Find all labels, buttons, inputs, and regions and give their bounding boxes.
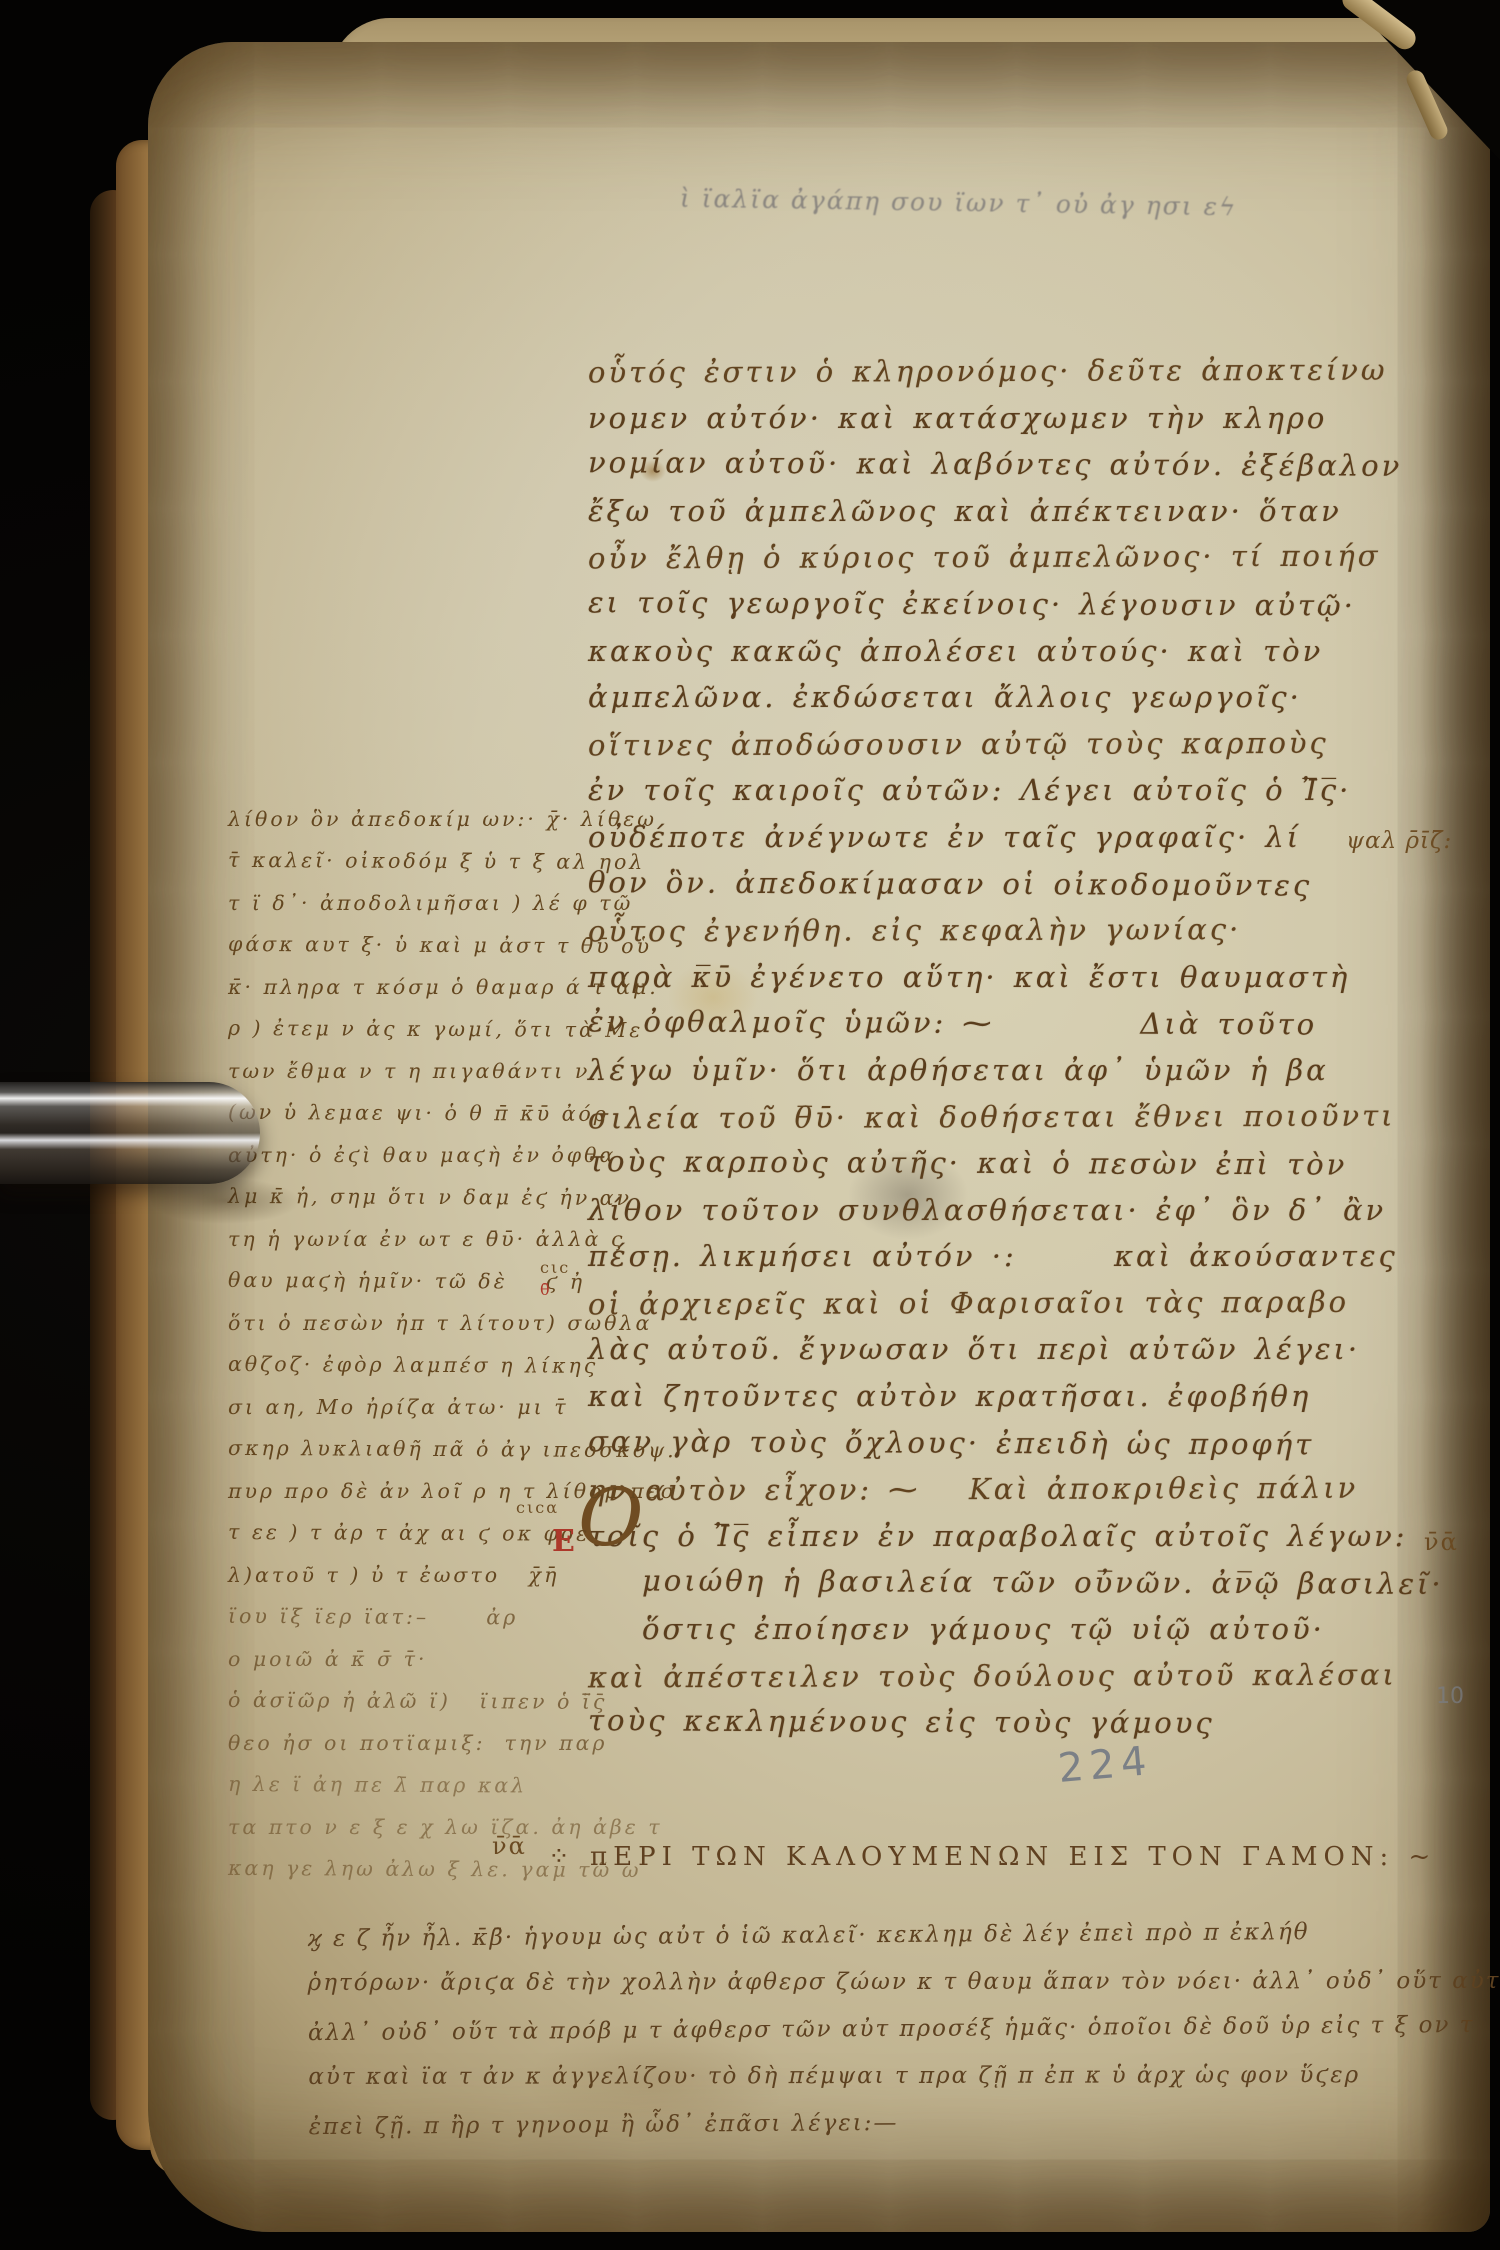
- text-line: λίθον τοῦτον συνθλασθήσεται· ἐφ᾽ ὃν δ᾽ ἂ…: [588, 1187, 1400, 1234]
- margin-gloss: ϲιϲα: [516, 1498, 559, 1517]
- text-line: αὐτ καὶ ϊα τ ἀν κ ἀγγελίζου· τὸ δὴ πέμψα…: [308, 2052, 1483, 2101]
- margin-scholion-column: λίθον ὃν ἀπεδοκίμ ων:· χ̄· λίθεωτ̄ καλεῖ…: [228, 798, 648, 1890]
- text-line: οὗτός ἐστιν ὁ κληρονόμος· δεῦτε ἀποκτείν…: [588, 347, 1400, 396]
- text-line: πυρ προ δὲ ἀν λοῖ ρ η τ λίθομ πεσ: [228, 1470, 648, 1512]
- text-line: ὅστις ἐποίησεν γάμους τῷ υἱῷ αὐτοῦ·: [588, 1606, 1400, 1653]
- text-line: ὅτι ὁ πεσὼν ἠπ τ λίτουτ) σωθλα: [228, 1302, 648, 1344]
- text-line: οἱ ἀρχιερεῖς καὶ οἱ Φαρισαῖοι τὰς παραβο: [588, 1278, 1400, 1327]
- text-line: λέγω ὑμῖν· ὅτι ἀρθήσεται ἀφ᾽ ὑμῶν ἡ βα: [588, 1047, 1400, 1094]
- text-line: ἐν ὀφθαλμοῖς ὑμῶν: ⁓ Διὰ τοῦτο: [588, 999, 1400, 1049]
- text-line: κακοὺς κακῶς ἀπολέσει αὐτούς· καὶ τὸν: [588, 628, 1400, 675]
- text-line: ο μοιῶ ἀ κ̄ σ̄ τ̄·: [228, 1638, 648, 1680]
- text-line: ην αὐτὸν εἶχον: ⁓ Καὶ ἀποκριθεὶς πάλιν: [588, 1465, 1400, 1514]
- text-line: τοὺς κεκλημένους εἰς τοὺς γάμους: [588, 1697, 1400, 1747]
- text-line: παρὰ κ̅ῡ ἐγένετο αὕτη· καὶ ἔστι θαυμαστὴ: [588, 954, 1400, 1001]
- text-line: ἐπεὶ ζῇ. π ἢρ τ γηνοομ ἢ ὧδ᾽ ἐπᾶσι λέγει…: [309, 2096, 1484, 2151]
- text-line: σκηρ λυκλιαθῆ πᾶ ὁ ἀγ ιπεοσκοψ.: [228, 1427, 648, 1471]
- text-line: οὗτος ἐγενήθη. εἰς κεφαλὴν γωνίας·: [588, 906, 1400, 955]
- text-line: ρ ) ἐτεμ ν ἀς κ γωμί, ὅτι τὰ Με: [228, 1007, 648, 1051]
- text-line: τοῖς ὁ Ἰ̅ς̅ εἶπεν ἐν παραβολαῖς αὐτοῖς λ…: [588, 1513, 1400, 1560]
- gutter-shadow: [1420, 42, 1490, 2232]
- text-line: η λε ϊ ἀη πε λ̄ παρ καλ: [228, 1763, 648, 1807]
- chapter-heading: ⁘ πΕΡΙ ΤΩΝ ΚΑΛΟΥΜΕΝΩΝ ΕΙΣ ΤΟΝ ΓΑΜΟΝ: ~: [548, 1842, 1436, 1872]
- text-line: θεο ἠσ οι ποτϊαμιξ: την παρ: [228, 1722, 648, 1764]
- text-line: φάσκ αυτ ξ· ὑ καὶ μ ἀστ τ θ̄ῡ οὑ: [228, 923, 648, 967]
- text-line: θον ὃν. ἀπεδοκίμασαν οἱ οἰκοδομοῦντες: [588, 859, 1400, 909]
- text-line: τ εε ) τ ἀρ τ ἀχ αι ϛ οκ φοε: [228, 1511, 648, 1555]
- text-line: ϊου ϊξ ϊερ ϊατ:– ἀρ: [228, 1595, 648, 1639]
- text-line: νομίαν αὐτοῦ· καὶ λαβόντες αὐτόν. ἐξέβαλ…: [588, 439, 1400, 489]
- kephalaion-number-right: ν̄ᾱ: [1424, 1528, 1459, 1556]
- margin-gloss: ϲιϲ: [540, 1258, 570, 1277]
- main-text-column: οὗτός ἐστιν ὁ κληρονόμος· δεῦτε ἀποκτείν…: [588, 348, 1400, 1746]
- text-line: ει τοῖς γεωργοῖς ἐκείνοις· λέγουσιν αὐτῷ…: [588, 579, 1400, 629]
- text-line: οἵτινες ἀποδώσουσιν αὐτῷ τοὺς καρποὺς: [588, 719, 1400, 768]
- text-line: λὰς αὐτοῦ. ἔγνωσαν ὅτι περὶ αὐτῶν λέγει·: [588, 1326, 1400, 1373]
- text-line: καὶ ἀπέστειλεν τοὺς δούλους αὐτοῦ καλέσα…: [588, 1651, 1400, 1700]
- text-line: σαν γὰρ τοὺς ὄχλους· ἐπειδὴ ὡς προφήτ: [588, 1418, 1400, 1468]
- text-line: οὖν ἔλθῃ ὁ κύριος τοῦ ἀμπελῶνος· τί ποιή…: [588, 533, 1400, 582]
- text-line: ὁ ἀσϊῶρ ἠ ἀλῶ ϊ) ϊιπεν ὁ ϊ̄ς̄: [228, 1679, 648, 1723]
- text-line: κ̄· πληρα τ κόσμ ὁ θαμαρ ά τ ἀμ.: [228, 966, 648, 1008]
- bottom-commentary-block: ϗ ε ζ ἦν ἦλ. κ̄β̄· ἡγουμ ὡς αὐτ ὁ ἱῶ καλ…: [307, 1908, 1484, 2151]
- text-line: λ)ατοῦ τ ) ὐ τ ἐωστο χ̄η̄: [228, 1554, 648, 1596]
- text-line: καὶ ζητοῦντες αὐτὸν κρατῆσαι. ἐφοβήθη: [588, 1373, 1400, 1420]
- text-line: λίθον ὃν ἀπεδοκίμ ων:· χ̄· λίθεω: [228, 798, 648, 840]
- text-line: σι αη, Μο ἠρίζα ἀτω· μι τ̄: [228, 1386, 648, 1428]
- manuscript-photo: ὶ ϊαλϊα ἀγάπη σου ϊων τ᾽ οὐ ἀγ ησι εϟ οὗ…: [0, 0, 1500, 2250]
- text-line: ῥητόρων· ἄριϛα δὲ τὴν χολλὴν ἀφθερσ ζώων…: [308, 1958, 1483, 2007]
- text-line: σιλεία τοῦ θ̅ῡ· καὶ δοθήσεται ἔθνει ποιο…: [588, 1092, 1400, 1141]
- text-line: ϗ ε ζ ἦν ἦλ. κ̄β̄· ἡγουμ ὡς αὐτ ὁ ἱῶ καλ…: [307, 1908, 1482, 1963]
- page-weight-shadow: [150, 1178, 300, 1224]
- text-line: θαυ μαϛὴ ἡμῖν· τῶ δὲ ϛ ἠ: [228, 1259, 648, 1303]
- psalm-reference-note: ψαλ ρ̄ῑζ̄:: [1346, 828, 1452, 854]
- text-line: πέσῃ. λικμήσει αὐτόν ·: καὶ ἀκούσαντες: [588, 1233, 1400, 1280]
- pencil-page-number: 224: [1056, 1738, 1154, 1792]
- kephalaion-number-left: ν̄ᾱ: [492, 1832, 527, 1860]
- text-line: αθζοζ· ἐφὸρ λαμπέσ η λίκης: [228, 1343, 648, 1387]
- glass-page-weight-rod: [0, 1082, 260, 1184]
- pencil-margin-number: 10: [1436, 1684, 1464, 1709]
- text-line: ἔξω τοῦ ἀμπελῶνος καὶ ἀπέκτειναν· ὅταν: [588, 488, 1400, 535]
- text-line: τ ϊ δ᾽· ἀποδολιμῆσαι ) λέ φ τῶ: [228, 882, 648, 924]
- text-line: ἐν τοῖς καιροῖς αὐτῶν: Λέγει αὐτοῖς ὁ Ἰ̅…: [588, 767, 1400, 814]
- text-line: οὐδέποτε ἀνέγνωτε ἐν ταῖς γραφαῖς· λί: [588, 814, 1400, 861]
- text-line: ἀλλ᾽ οὐδ᾽ οὕτ τὰ πρόβ μ τ ἀφθερσ τῶν αὐτ…: [308, 2002, 1483, 2057]
- text-line: τ̄ καλεῖ· οἰκοδόμ ξ ὑ τ ξ αλ ηολ: [228, 839, 648, 883]
- text-line: τη ἡ γωνία ἐν ωτ ε θ̄ῡ· ἀλλὰ ς: [228, 1218, 648, 1260]
- text-line: αὐτη· ὁ ἐϛὶ θαυ μαϛὴ ἐν ὀφθα: [228, 1134, 648, 1176]
- text-line: (ων ὑ λεμαε ψι· ὁ θ π̄ κ̄ῡ ἀόρ: [228, 1091, 648, 1135]
- text-line: τοὺς καρποὺς αὐτῆς· καὶ ὁ πεσὼν ἐπὶ τὸν: [588, 1138, 1400, 1188]
- rubric-theta-mark: θ̄: [540, 1280, 550, 1299]
- rubric-letter-epsilon: Ε: [552, 1524, 575, 1559]
- text-line: των ἔθμα ν τ η πιγαθάντι ν: [228, 1050, 648, 1092]
- text-line: ἀμπελῶνα. ἐκδώσεται ἄλλοις γεωργοῖς·: [588, 674, 1400, 721]
- text-line: νομεν αὐτόν· καὶ κατάσχωμεν τὴν κληρο: [588, 395, 1400, 442]
- text-line: μοιώθη ἡ βασιλεία τῶν οὐ̅νῶν. ἀν̅ῷ βασιλ…: [588, 1558, 1400, 1608]
